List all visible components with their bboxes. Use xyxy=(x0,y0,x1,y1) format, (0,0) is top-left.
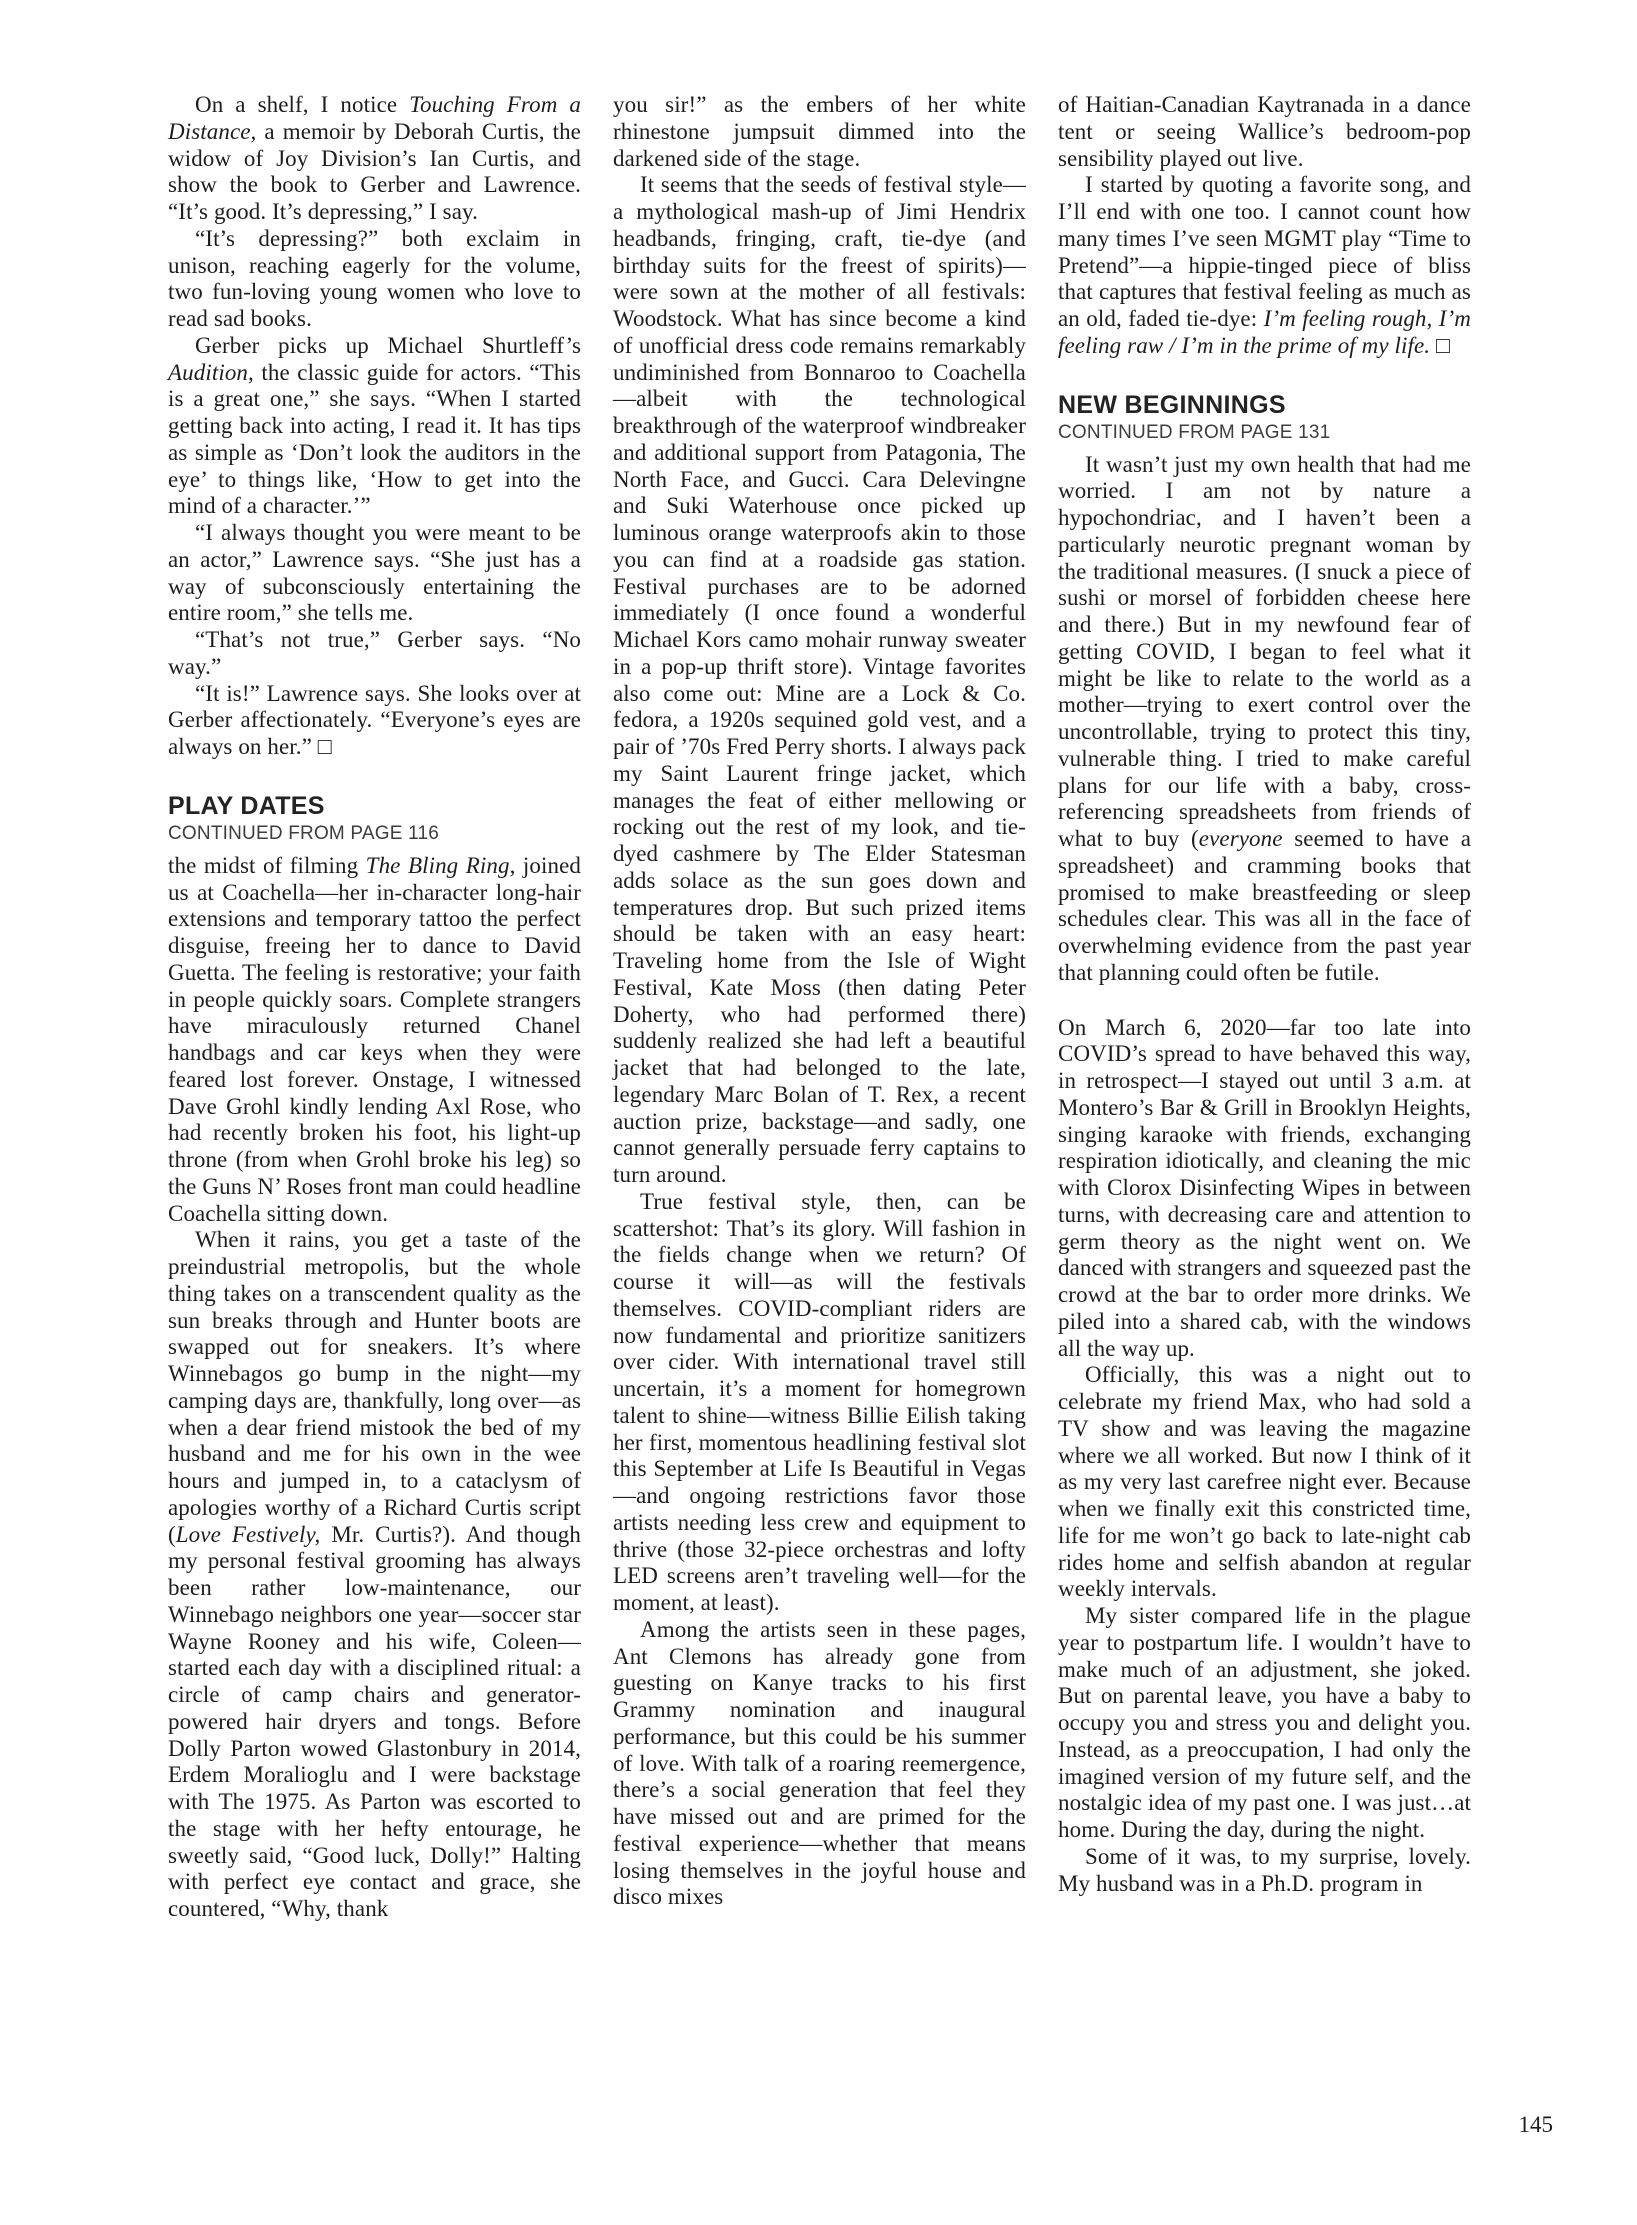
body-paragraph: When it rains, you get a taste of the pr… xyxy=(168,1227,581,1923)
body-paragraph: “It is!” Lawrence says. She looks over a… xyxy=(168,681,581,761)
article-heading: PLAY DATES xyxy=(168,793,581,820)
body-paragraph: you sir!” as the embers of her white rhi… xyxy=(613,92,1026,172)
body-paragraph: “That’s not true,” Gerber says. “No way.… xyxy=(168,627,581,681)
text-column-left: On a shelf, I notice Touching From a Dis… xyxy=(168,92,581,1923)
continued-from-note: CONTINUED FROM PAGE 116 xyxy=(168,823,581,845)
body-paragraph: the midst of filming The Bling Ring, joi… xyxy=(168,853,581,1228)
body-paragraph: On March 6, 2020—far too late into COVID… xyxy=(1058,1015,1471,1363)
page-number: 145 xyxy=(1453,2112,1553,2138)
magazine-page: On a shelf, I notice Touching From a Dis… xyxy=(0,0,1637,2225)
body-paragraph: I started by quoting a favorite song, an… xyxy=(1058,172,1471,359)
text-column-center: you sir!” as the embers of her white rhi… xyxy=(613,92,1026,1911)
body-paragraph: It seems that the seeds of festival styl… xyxy=(613,172,1026,1189)
body-paragraph: My sister compared life in the plague ye… xyxy=(1058,1603,1471,1844)
body-paragraph: On a shelf, I notice Touching From a Dis… xyxy=(168,92,581,226)
body-paragraph: True festival style, then, can be scatte… xyxy=(613,1189,1026,1617)
body-paragraph: Gerber picks up Michael Shurtleff’s Audi… xyxy=(168,333,581,520)
body-paragraph: “It’s depressing?” both exclaim in uniso… xyxy=(168,226,581,333)
body-paragraph: Among the artists seen in these pages, A… xyxy=(613,1617,1026,1911)
body-paragraph: Some of it was, to my surprise, lovely. … xyxy=(1058,1844,1471,1898)
text-column-right: of Haitian-Canadian Kaytranada in a danc… xyxy=(1058,92,1471,1897)
body-paragraph: of Haitian-Canadian Kaytranada in a danc… xyxy=(1058,92,1471,172)
body-paragraph: It wasn’t just my own health that had me… xyxy=(1058,452,1471,987)
continued-from-note: CONTINUED FROM PAGE 131 xyxy=(1058,422,1471,444)
body-paragraph: Officially, this was a night out to cele… xyxy=(1058,1362,1471,1603)
body-paragraph: “I always thought you were meant to be a… xyxy=(168,520,581,627)
article-heading: NEW BEGINNINGS xyxy=(1058,392,1471,419)
